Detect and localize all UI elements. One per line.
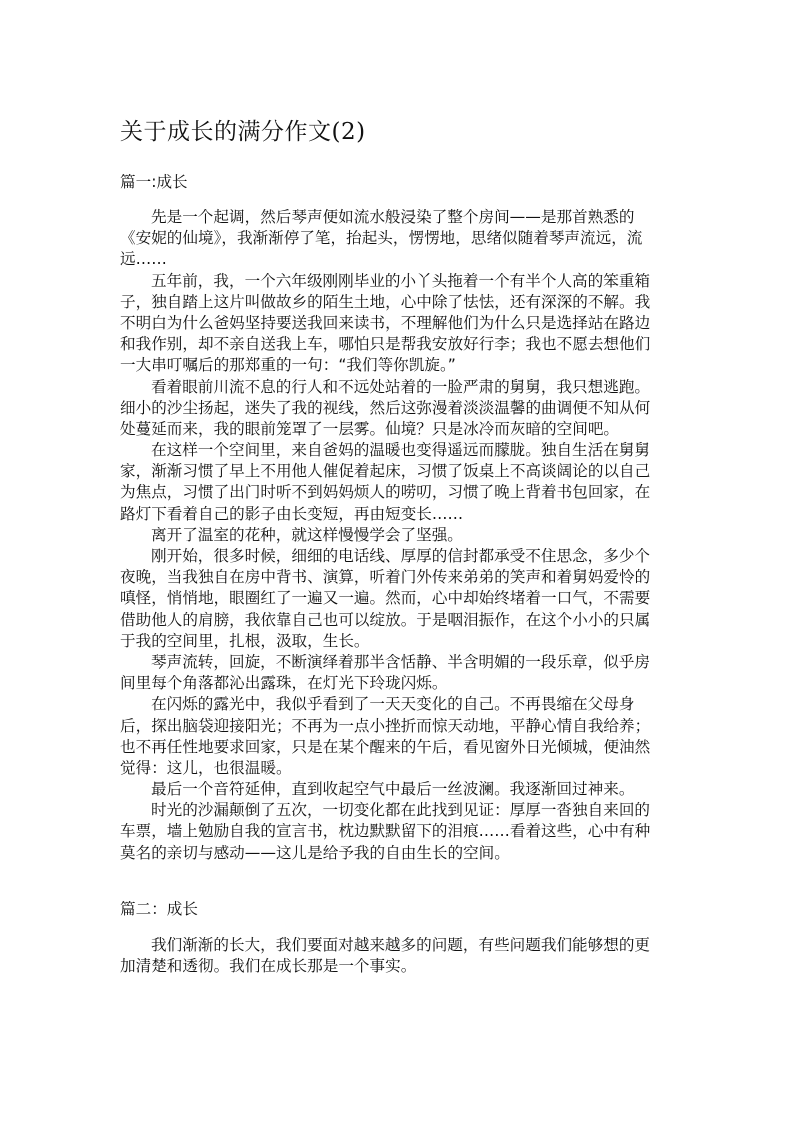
paragraph-line: 觉得：这儿，也很温暖。 <box>120 758 680 779</box>
paragraph-line: 夜晚，当我独自在房中背书、演算，听着门外传来弟弟的笑声和着舅妈爱怜的 <box>120 567 680 588</box>
paragraph-line: 嗔怪，悄悄地，眼圈红了一遍又一遍。然而，心中却始终堵着一口气，不需要 <box>120 588 680 609</box>
section-heading-1: 篇一:成长 <box>120 170 188 192</box>
paragraph-line: 和我作别，却不亲自送我上车，哪怕只是帮我安放好行李；我也不愿去想他们 <box>120 334 680 355</box>
paragraph-line: 最后一个音符延伸，直到收起空气中最后一丝波澜。我逐渐回过神来。 <box>120 779 680 800</box>
paragraph-line: 不明白为什么爸妈坚持要送我回来读书，不理解他们为什么只是选择站在路边 <box>120 313 680 334</box>
paragraph-line: 加清楚和透彻。我们在成长那是一个事实。 <box>120 956 680 977</box>
paragraph-line: 时光的沙漏颠倒了五次，一切变化都在此找到见证：厚厚一沓独自来回的 <box>120 800 680 821</box>
section-heading-2: 篇二：成长 <box>120 897 198 919</box>
paragraph-line: 看着眼前川流不息的行人和不远处站着的一脸严肃的舅舅，我只想逃跑。 <box>120 377 680 398</box>
paragraph-line: 间里每个角落都沁出露珠，在灯光下玲珑闪烁。 <box>120 673 680 694</box>
paragraph-line: 离开了温室的花种，就这样慢慢学会了坚强。 <box>120 525 680 546</box>
paragraph-line: 后，探出脑袋迎接阳光；不再为一点小挫折而惊天动地，平静心情自我给养； <box>120 716 680 737</box>
section-body-2: 我们渐渐的长大，我们要面对越来越多的问题，有些问题我们能够想的更加清楚和透彻。我… <box>120 935 680 977</box>
paragraph-line: 五年前，我，一个六年级刚刚毕业的小丫头拖着一个有半个人高的笨重箱 <box>120 271 680 292</box>
paragraph-line: 处蔓延而来，我的眼前笼罩了一层雾。仙境？只是冰冷而灰暗的空间吧。 <box>120 419 680 440</box>
document-page: 关于成长的满分作文(2) 篇一:成长 先是一个起调，然后琴声便如流水般浸染了整个… <box>0 0 794 1123</box>
paragraph-line: 路灯下看着自己的影子由长变短，再由短变长…… <box>120 504 680 525</box>
paragraph-line: 家，渐渐习惯了早上不用他人催促着起床，习惯了饭桌上不高谈阔论的以自己 <box>120 461 680 482</box>
paragraph-line: 一大串叮嘱后的那郑重的一句：“我们等你凯旋。” <box>120 355 680 376</box>
paragraph-line: 借助他人的肩膀，我依靠自己也可以绽放。于是咽泪振作，在这个小小的只属 <box>120 610 680 631</box>
paragraph-line: 《安妮的仙境》，我渐渐停了笔，抬起头，愣愣地，思绪似随着琴声流远，流 <box>120 228 680 249</box>
paragraph-line: 琴声流转，回旋，不断演绎着那半含恬静、半含明媚的一段乐章，似乎房 <box>120 652 680 673</box>
paragraph-line: 于我的空间里，扎根，汲取，生长。 <box>120 631 680 652</box>
document-title: 关于成长的满分作文(2) <box>120 113 366 146</box>
paragraph-line: 莫名的亲切与感动——这儿是给予我的自由生长的空间。 <box>120 843 680 864</box>
paragraph-line: 子，独自踏上这片叫做故乡的陌生土地，心中除了怯怯，还有深深的不解。我 <box>120 292 680 313</box>
paragraph-line: 在这样一个空间里，来自爸妈的温暖也变得遥远而朦胧。独自生活在舅舅 <box>120 440 680 461</box>
paragraph-line: 远…… <box>120 249 680 270</box>
paragraph-line: 也不再任性地要求回家，只是在某个醒来的午后，看见窗外日光倾城，便油然 <box>120 737 680 758</box>
paragraph-line: 车票，墙上勉励自我的宣言书，枕边默默留下的泪痕……看着这些，心中有种 <box>120 821 680 842</box>
section-body-1: 先是一个起调，然后琴声便如流水般浸染了整个房间——是那首熟悉的《安妮的仙境》，我… <box>120 207 680 864</box>
paragraph-line: 我们渐渐的长大，我们要面对越来越多的问题，有些问题我们能够想的更 <box>120 935 680 956</box>
paragraph-line: 在闪烁的露光中，我似乎看到了一天天变化的自己。不再畏缩在父母身 <box>120 694 680 715</box>
paragraph-line: 先是一个起调，然后琴声便如流水般浸染了整个房间——是那首熟悉的 <box>120 207 680 228</box>
paragraph-line: 细小的沙尘扬起，迷失了我的视线，然后这弥漫着淡淡温馨的曲调便不知从何 <box>120 398 680 419</box>
paragraph-line: 为焦点，习惯了出门时听不到妈妈烦人的唠叨，习惯了晚上背着书包回家，在 <box>120 482 680 503</box>
paragraph-line: 刚开始，很多时候，细细的电话线、厚厚的信封都承受不住思念，多少个 <box>120 546 680 567</box>
